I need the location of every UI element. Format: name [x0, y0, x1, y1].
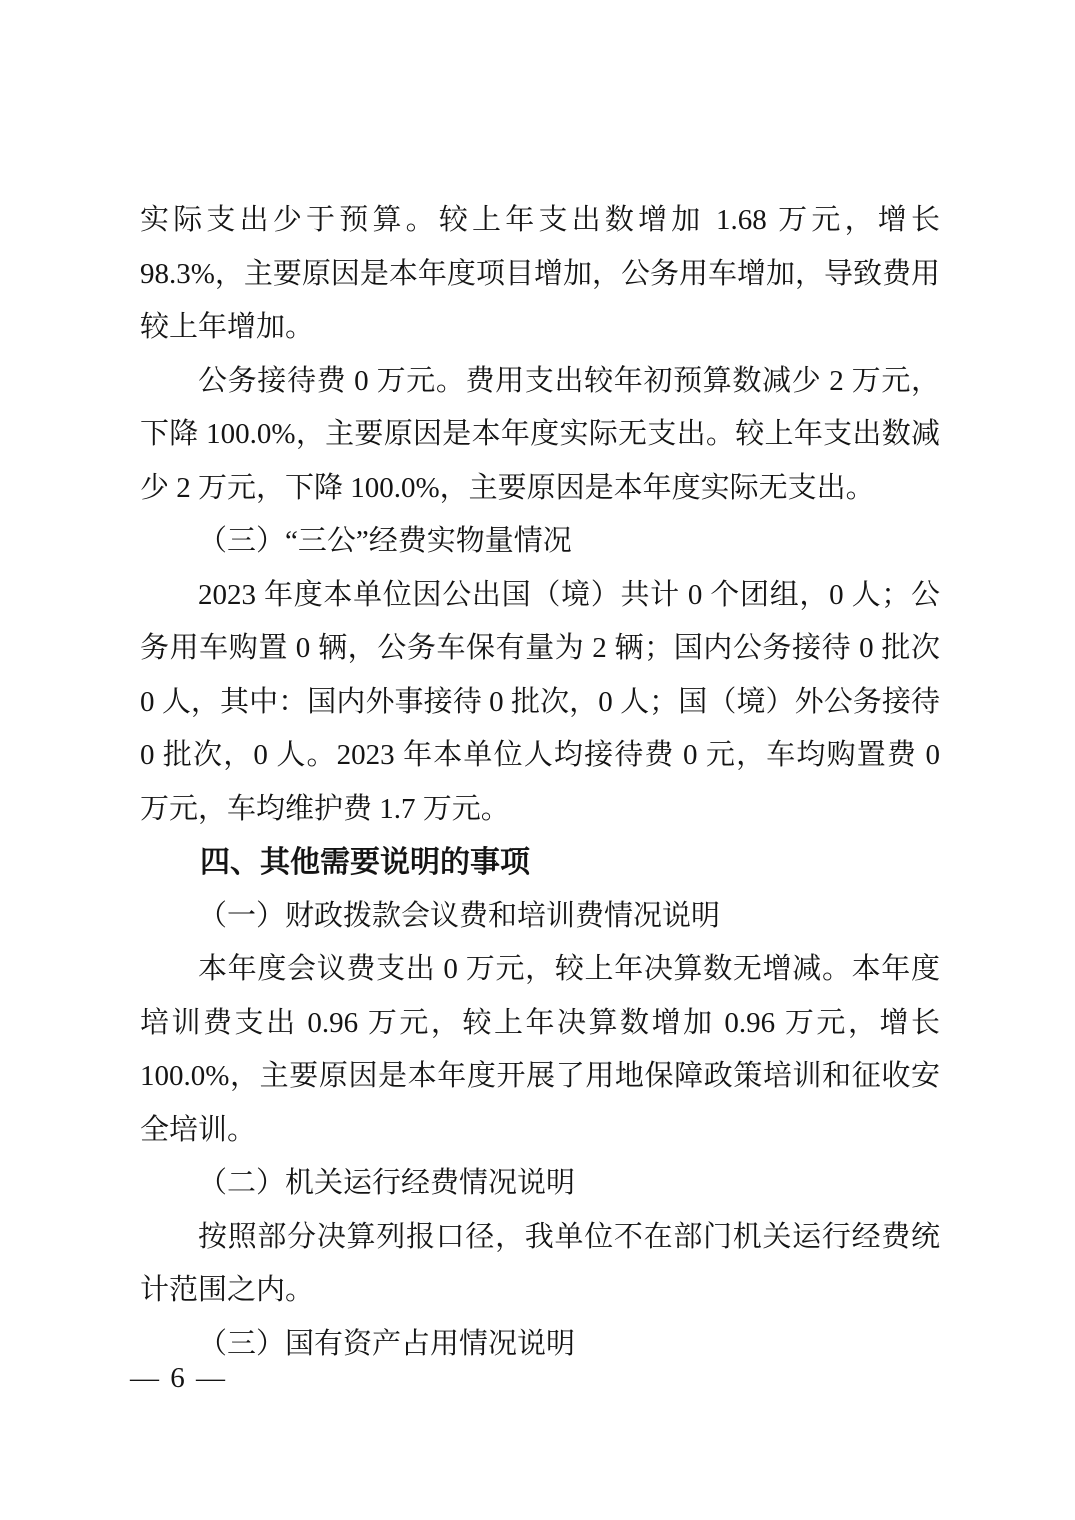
paragraph: 公务接待费 0 万元。费用支出较年初预算数减少 2 万元，下降 100.0%，主… — [140, 355, 940, 516]
section-heading: 四、其他需要说明的事项 — [140, 836, 940, 890]
page-number: — 6 — — [130, 1358, 227, 1398]
subsection-heading: （三）“三公”经费实物量情况 — [140, 515, 940, 569]
document-page: 实际支出少于预算。较上年支出数增加 1.68 万元，增长 98.3%，主要原因是… — [0, 0, 1075, 1520]
document-body: 实际支出少于预算。较上年支出数增加 1.68 万元，增长 98.3%，主要原因是… — [140, 194, 940, 1371]
subsection-heading: （二）机关运行经费情况说明 — [140, 1157, 940, 1211]
subsection-heading: （一）财政拨款会议费和培训费情况说明 — [140, 890, 940, 944]
paragraph: 按照部分决算列报口径，我单位不在部门机关运行经费统计范围之内。 — [140, 1211, 940, 1318]
paragraph: 2023 年度本单位因公出国（境）共计 0 个团组，0 人；公务用车购置 0 辆… — [140, 569, 940, 837]
subsection-heading: （三）国有资产占用情况说明 — [140, 1318, 940, 1372]
paragraph: 本年度会议费支出 0 万元，较上年决算数无增减。本年度培训费支出 0.96 万元… — [140, 943, 940, 1157]
paragraph: 实际支出少于预算。较上年支出数增加 1.68 万元，增长 98.3%，主要原因是… — [140, 194, 940, 355]
